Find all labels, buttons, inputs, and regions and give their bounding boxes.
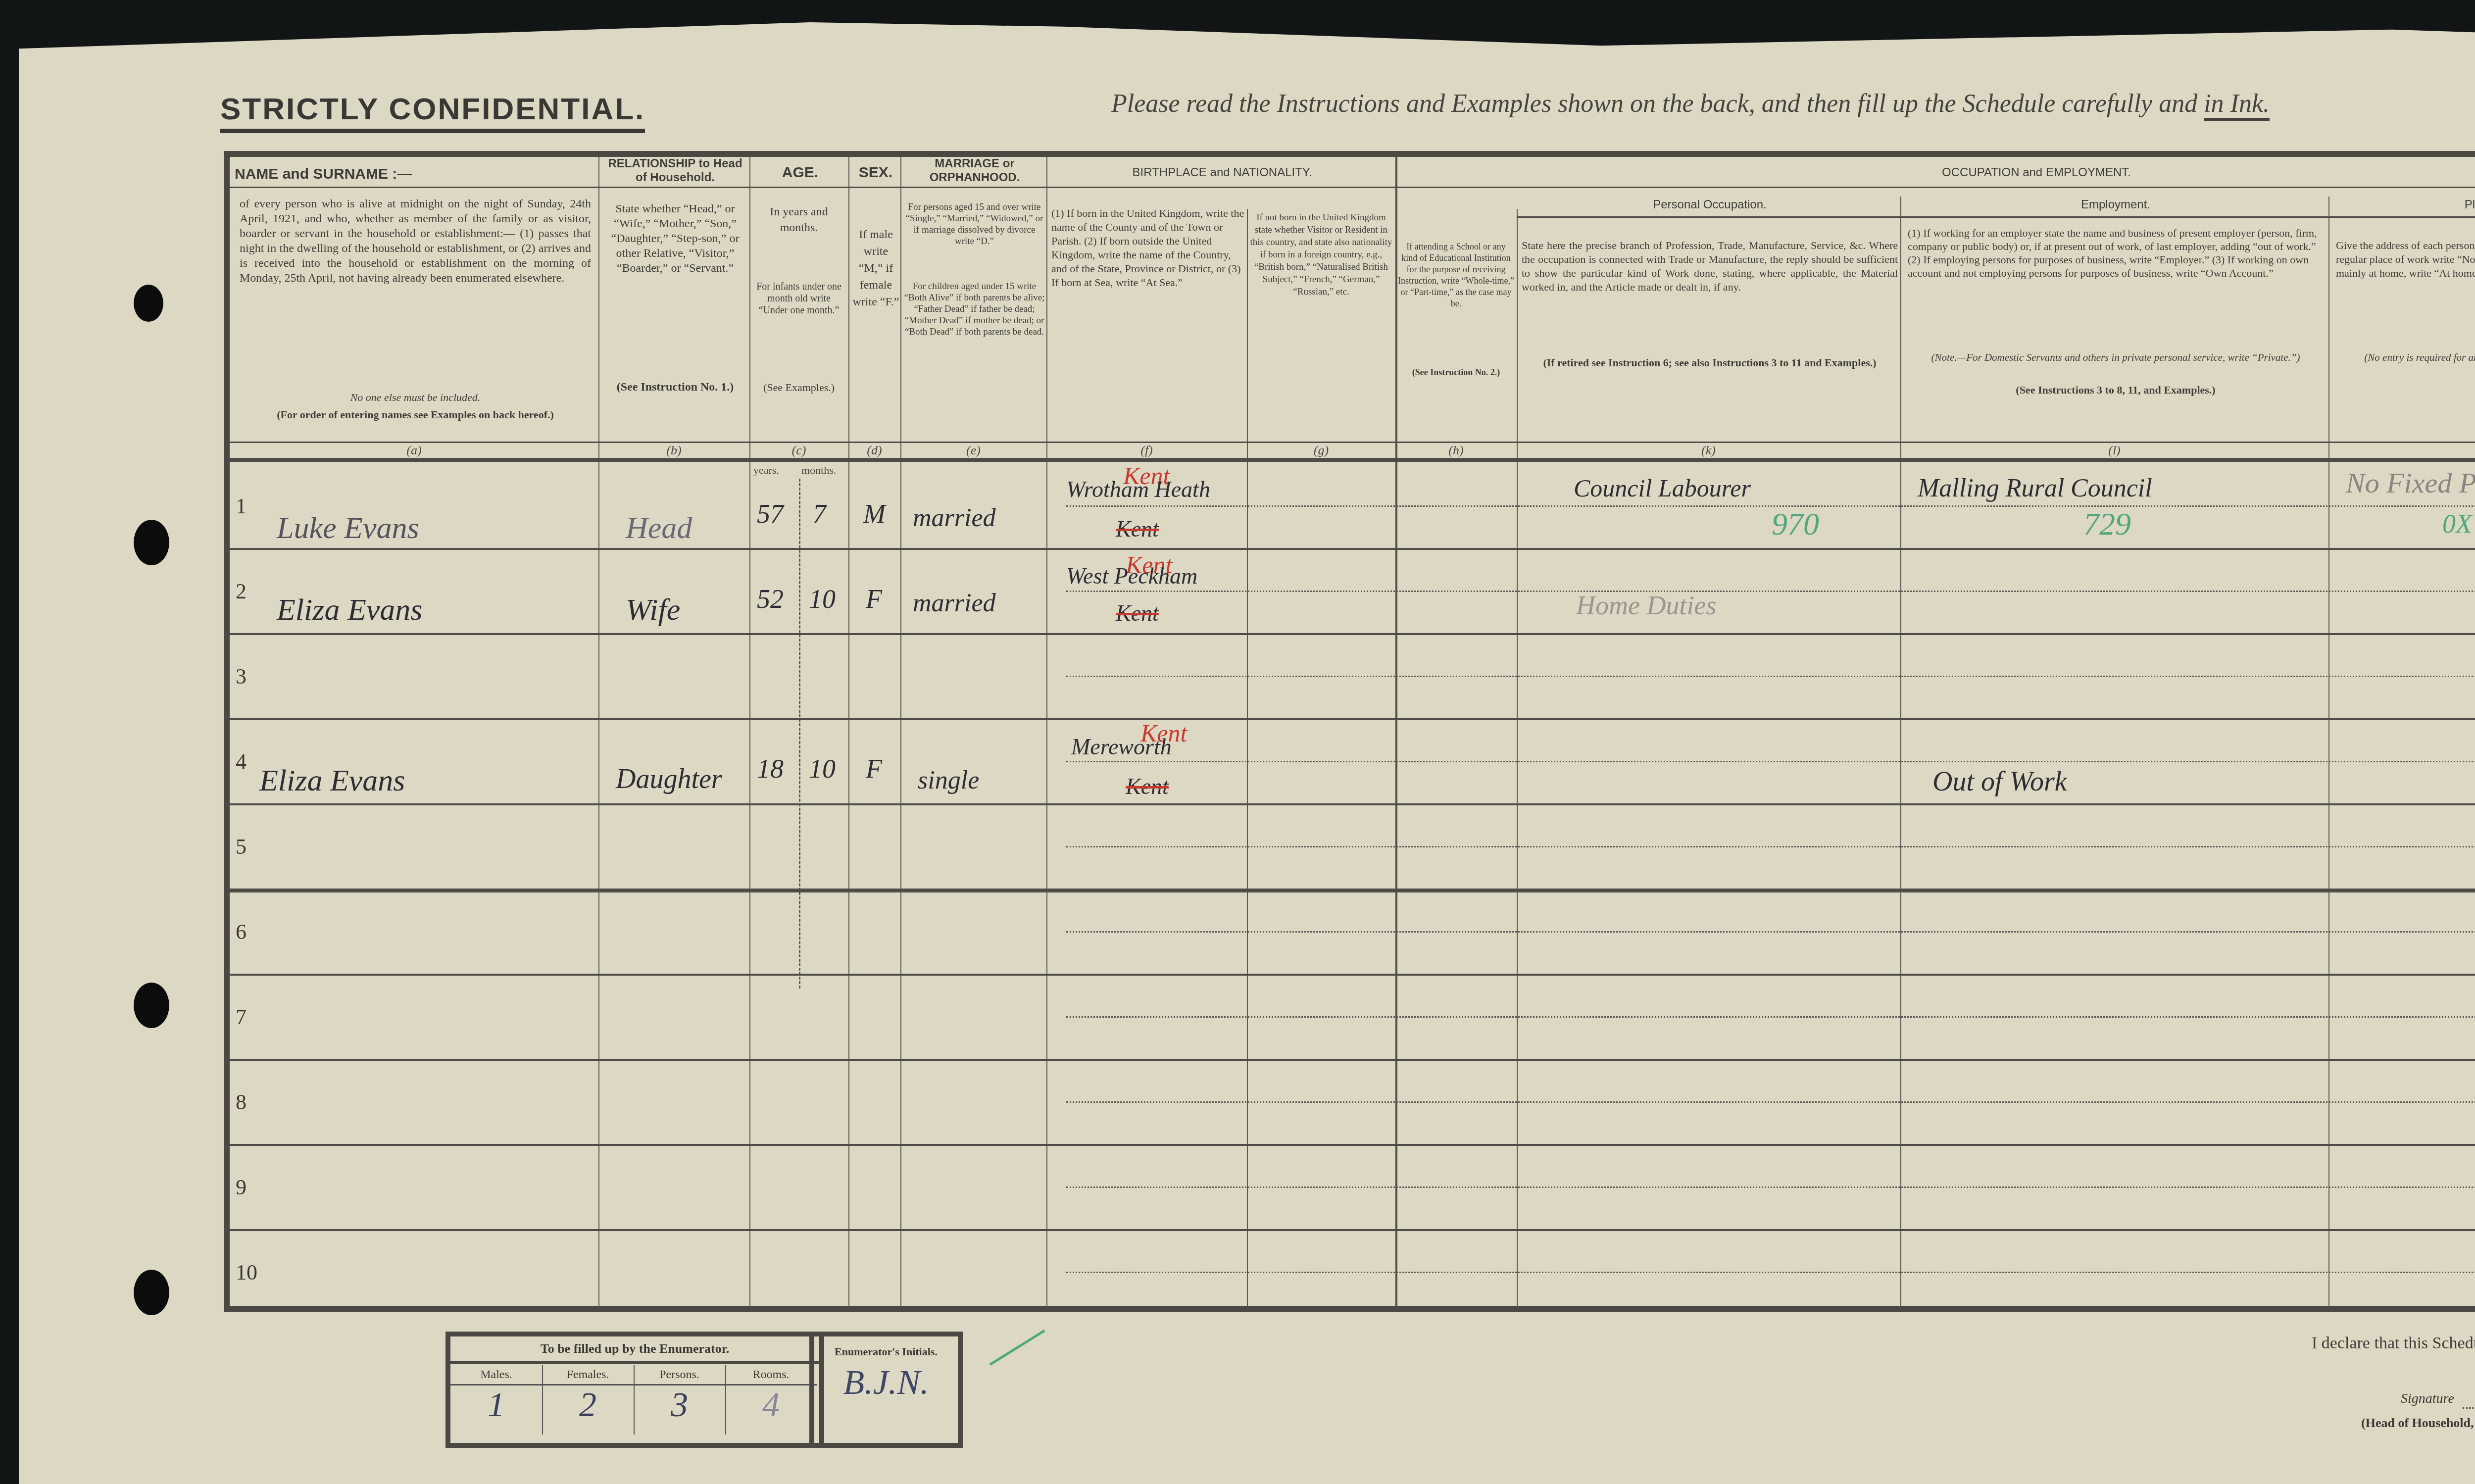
rooms-value[interactable]: 4 — [725, 1385, 817, 1425]
row2-name[interactable]: Eliza Evans — [277, 593, 422, 628]
row4-county-struck: Kent — [1126, 773, 1169, 799]
rooms-label: Rooms. — [725, 1365, 817, 1385]
row4-sex[interactable]: F — [866, 753, 882, 784]
row-divider — [230, 1229, 2475, 1231]
col-letter-c: (c) — [749, 443, 848, 458]
col-e-title: MARRIAGE or ORPHANHOOD. — [903, 157, 1046, 185]
col-b-note: (See Instruction No. 1.) — [603, 380, 747, 395]
row1-age-months[interactable]: 7 — [813, 498, 826, 529]
persons-value[interactable]: 3 — [634, 1385, 725, 1425]
row2-age-months[interactable]: 10 — [809, 584, 836, 614]
females-label: Females. — [542, 1365, 634, 1385]
row2-birthplace[interactable]: West Peckham — [1066, 563, 1197, 589]
declaration-text: I declare that this Schedule is correctl… — [2312, 1334, 2475, 1353]
age-years-label: years. — [753, 464, 779, 477]
half-row-dotted — [1066, 931, 2475, 933]
col-c-note: (See Examples.) — [752, 380, 846, 395]
col-letter-d: (d) — [848, 443, 900, 458]
col-f-body: (1) If born in the United Kingdom, write… — [1051, 206, 1244, 290]
col-e-body2: For children aged under 15 write “Both A… — [904, 281, 1045, 338]
half-row-dotted — [1066, 591, 2475, 592]
instruction-ink: in Ink. — [2204, 90, 2270, 121]
row1-relationship[interactable]: Head — [626, 511, 692, 546]
half-row-dotted — [1066, 761, 2475, 762]
header-divider — [1517, 216, 2475, 218]
row1-name[interactable]: Luke Evans — [277, 511, 419, 546]
col-m-title: Place of Work. — [2331, 197, 2475, 213]
row1-occupation[interactable]: Council Labourer — [1574, 474, 1751, 502]
row2-county-struck: Kent — [1116, 600, 1159, 626]
row4-name[interactable]: Eliza Evans — [259, 763, 405, 798]
females-cell: Females.2 — [542, 1365, 635, 1435]
half-row-dotted — [1066, 1101, 2475, 1103]
col-b-body: State whether “Head,” or “Wife,” “Mother… — [603, 201, 747, 276]
col-d-title: SEX. — [851, 164, 900, 181]
row1-sex[interactable]: M — [863, 498, 886, 529]
signature-line — [2463, 1407, 2475, 1409]
household-table: NAME and SURNAME :— RELATIONSHIP to Head… — [224, 151, 2475, 1312]
punch-hole — [134, 1270, 169, 1315]
row-divider-thick — [230, 889, 2475, 892]
row1-birthplace[interactable]: Wrotham Heath — [1066, 476, 1210, 502]
col-l-note: (Note.—For Domestic Servants and others … — [1908, 350, 2324, 365]
col-e-body: For persons aged 15 and over write “Sing… — [904, 201, 1045, 247]
col-divider — [900, 157, 901, 1308]
col-divider — [749, 157, 750, 1308]
col-divider — [2328, 197, 2329, 1308]
persons-cell: Persons.3 — [634, 1365, 726, 1435]
enumerator-box-header: To be filled up by the Enumerator. — [450, 1336, 819, 1364]
row-number: 6 — [236, 919, 247, 944]
header-divider — [1395, 187, 2475, 188]
signature-label: Signature — [2401, 1391, 2454, 1407]
row-number: 2 — [236, 579, 247, 604]
row2-sex[interactable]: F — [866, 584, 882, 614]
row4-age-months[interactable]: 10 — [809, 753, 836, 784]
col-letter-b: (b) — [598, 443, 749, 458]
row-divider — [230, 718, 2475, 720]
punch-hole — [134, 983, 169, 1028]
col-a-body: of every person who is alive at midnight… — [240, 197, 591, 286]
age-months-label: months. — [801, 464, 836, 477]
col-c-body: In years and months. — [752, 204, 846, 236]
males-cell: Males.1 — [450, 1365, 543, 1435]
half-row-dotted — [1066, 505, 2475, 507]
initials-label: Enumerator's Initials. — [814, 1345, 958, 1358]
col-d-body: If male write “M,” if female write “F.” — [852, 226, 899, 310]
row-number: 8 — [236, 1089, 247, 1115]
row1-employment-code: 729 — [2083, 506, 2131, 543]
col-divider — [1395, 157, 1397, 1308]
col-divider — [848, 157, 849, 1308]
col-letter-a: (a) — [230, 443, 598, 458]
males-label: Males. — [450, 1365, 542, 1385]
row4-age-years[interactable]: 18 — [757, 753, 784, 784]
half-row-dotted — [1066, 1016, 2475, 1018]
initials-value[interactable]: B.J.N. — [814, 1363, 958, 1403]
col-divider — [1900, 197, 1901, 1308]
row1-county-struck: Kent — [1116, 516, 1159, 542]
col-l-title: Employment. — [1903, 197, 2328, 213]
row1-place-code: 0X — [2442, 508, 2472, 539]
row-divider — [230, 1144, 2475, 1146]
col-k-note: (If retired see Instruction 6; see also … — [1522, 355, 1898, 370]
row-divider — [230, 803, 2475, 805]
row1-place-of-work[interactable]: No Fixed Place — [2346, 466, 2475, 499]
half-row-dotted — [1066, 1272, 2475, 1273]
header-divider — [230, 187, 1395, 188]
col-letter-m: (m) — [2328, 443, 2475, 458]
males-value[interactable]: 1 — [450, 1385, 542, 1425]
row-number: 4 — [236, 749, 247, 774]
half-row-dotted — [1066, 846, 2475, 847]
row-divider — [230, 633, 2475, 635]
col-divider — [1046, 157, 1047, 1308]
row2-age-years[interactable]: 52 — [757, 584, 784, 614]
punch-hole — [134, 285, 163, 322]
half-row-dotted — [1066, 1187, 2475, 1188]
header-bottom-rule — [230, 458, 2475, 462]
col-divider — [1247, 209, 1248, 1308]
col-l-body: (1) If working for an employer state the… — [1908, 226, 2324, 280]
row2-marriage[interactable]: married — [913, 589, 996, 618]
col-l-note2: (See Instructions 3 to 8, 11, and Exampl… — [1908, 382, 2324, 397]
row4-marriage[interactable]: single — [918, 766, 979, 795]
row-number: 7 — [236, 1004, 247, 1030]
col-c-body2: For infants under one month old write “U… — [752, 281, 846, 316]
signature-note: (Head of Household, Manager of Establish… — [2361, 1416, 2475, 1431]
row-number: 5 — [236, 834, 247, 859]
col-letter-f: (f) — [1046, 443, 1247, 458]
col-m-note: (No entry is required for any person who… — [2336, 350, 2475, 365]
row1-age-years[interactable]: 57 — [757, 498, 784, 529]
row-number: 9 — [236, 1175, 247, 1200]
col-letter-h: (h) — [1395, 443, 1517, 458]
row-number: 10 — [236, 1260, 257, 1285]
row-number: 1 — [236, 494, 247, 519]
half-row-dotted — [1066, 676, 2475, 677]
row-number: 3 — [236, 664, 247, 689]
col-letter-e: (e) — [900, 443, 1046, 458]
females-value[interactable]: 2 — [542, 1385, 634, 1425]
row4-relationship[interactable]: Daughter — [616, 763, 722, 795]
row2-occupation[interactable]: Home Duties — [1576, 590, 1716, 621]
col-k-title: Personal Occupation. — [1519, 197, 1900, 213]
row-divider — [230, 548, 2475, 550]
row4-employment[interactable]: Out of Work — [1932, 766, 2067, 797]
birthplace-title: BIRTHPLACE and NATIONALITY. — [1049, 164, 1395, 181]
col-a-note2: (For order of entering names see Example… — [240, 407, 591, 422]
row4-birthplace[interactable]: Mereworth — [1071, 734, 1172, 760]
col-g-body: If not born in the United Kingdom state … — [1249, 211, 1393, 298]
punch-hole — [134, 520, 169, 565]
col-m-body: Give the address of each person's place … — [2336, 239, 2475, 280]
col-h-body: If attending a School or any kind of Edu… — [1398, 241, 1514, 309]
col-a-note: No one else must be included. — [240, 390, 591, 405]
row1-occupation-code: 970 — [1772, 506, 1819, 543]
instruction-text: Please read the Instructions and Example… — [1111, 90, 2204, 118]
col-c-title: AGE. — [752, 164, 848, 181]
col-letter-l: (l) — [1900, 443, 2328, 458]
page-title: STRICTLY CONFIDENTIAL. — [220, 92, 645, 133]
col-divider — [598, 157, 599, 1308]
enumerator-initials-box: Enumerator's Initials. B.J.N. — [809, 1332, 963, 1448]
age-split-line — [799, 479, 800, 989]
row2-relationship[interactable]: Wife — [626, 593, 680, 628]
enumerator-summary-box: To be filled up by the Enumerator. Males… — [445, 1332, 824, 1448]
col-b-title: RELATIONSHIP to Head of Household. — [601, 157, 749, 185]
persons-label: Persons. — [634, 1365, 725, 1385]
col-h-note: (See Instruction No. 2.) — [1398, 365, 1514, 380]
col-a-title: NAME and SURNAME :— — [235, 166, 433, 183]
col-k-body: State here the precise branch of Profess… — [1522, 239, 1898, 294]
row-divider — [230, 1059, 2475, 1061]
row-divider — [230, 974, 2475, 976]
row1-employment[interactable]: Malling Rural Council — [1918, 474, 2152, 503]
rooms-cell: Rooms.4 — [725, 1365, 817, 1435]
col-letter-g: (g) — [1247, 443, 1395, 458]
row1-marriage[interactable]: married — [913, 503, 996, 533]
col-divider — [1517, 209, 1518, 1308]
instruction-line: Please read the Instructions and Example… — [1111, 89, 2270, 118]
occupation-title: OCCUPATION and EMPLOYMENT. — [1398, 164, 2475, 181]
col-letter-k: (k) — [1517, 443, 1900, 458]
